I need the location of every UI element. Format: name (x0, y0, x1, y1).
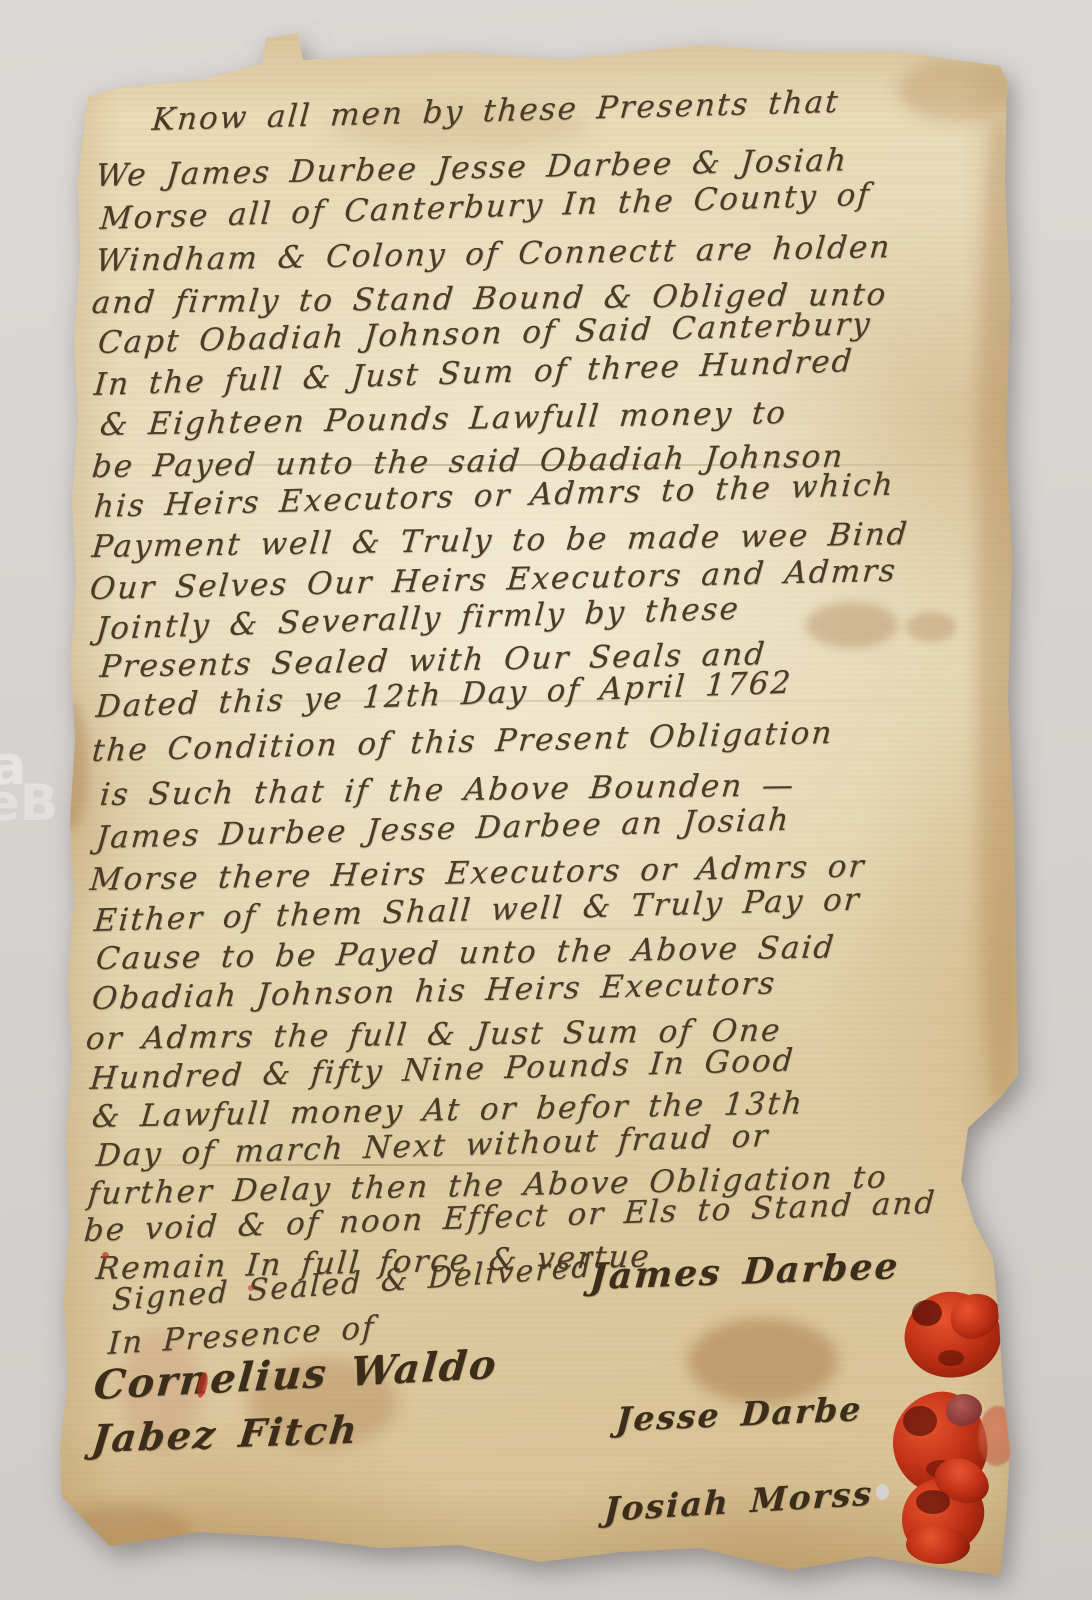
wax-seal-dark-spot (912, 1300, 942, 1326)
paper-stain (54, 700, 88, 830)
handwritten-line: Windham & Colony of Connectt are holden (94, 229, 893, 279)
paper-shadow: Know all men by these Presents thatWe Ja… (0, 0, 1092, 1600)
wax-seal-blob (978, 1406, 1018, 1466)
paper-stain (806, 602, 898, 648)
witness-signature-jabez-fitch: Jabez Fitch (90, 1407, 361, 1462)
signature-jesse-darbe: Jesse Darbe (615, 1389, 864, 1439)
signature-josiah-morss: Josiah Morss (603, 1473, 874, 1529)
paper-stain (978, 120, 1022, 1100)
wax-seal-dark-spot (938, 1350, 964, 1366)
paper-hole (876, 1484, 889, 1500)
document-paper: Know all men by these Presents thatWe Ja… (0, 0, 1092, 1600)
paper-stain (60, 1504, 190, 1560)
photograph-background: a eB Know all men by these Presents that… (0, 0, 1092, 1600)
handwritten-line: the Condition of this Present Obligation (91, 715, 835, 769)
paper-stain (906, 612, 956, 642)
handwritten-line: & Eighteen Pounds Lawfull money to (98, 395, 788, 443)
paper-stain (898, 58, 1018, 122)
ink-speck (102, 1252, 109, 1259)
ink-speck (248, 1285, 254, 1291)
wax-seal-dark-spot (903, 1406, 937, 1436)
wax-seal-dark-spot (916, 1490, 950, 1514)
